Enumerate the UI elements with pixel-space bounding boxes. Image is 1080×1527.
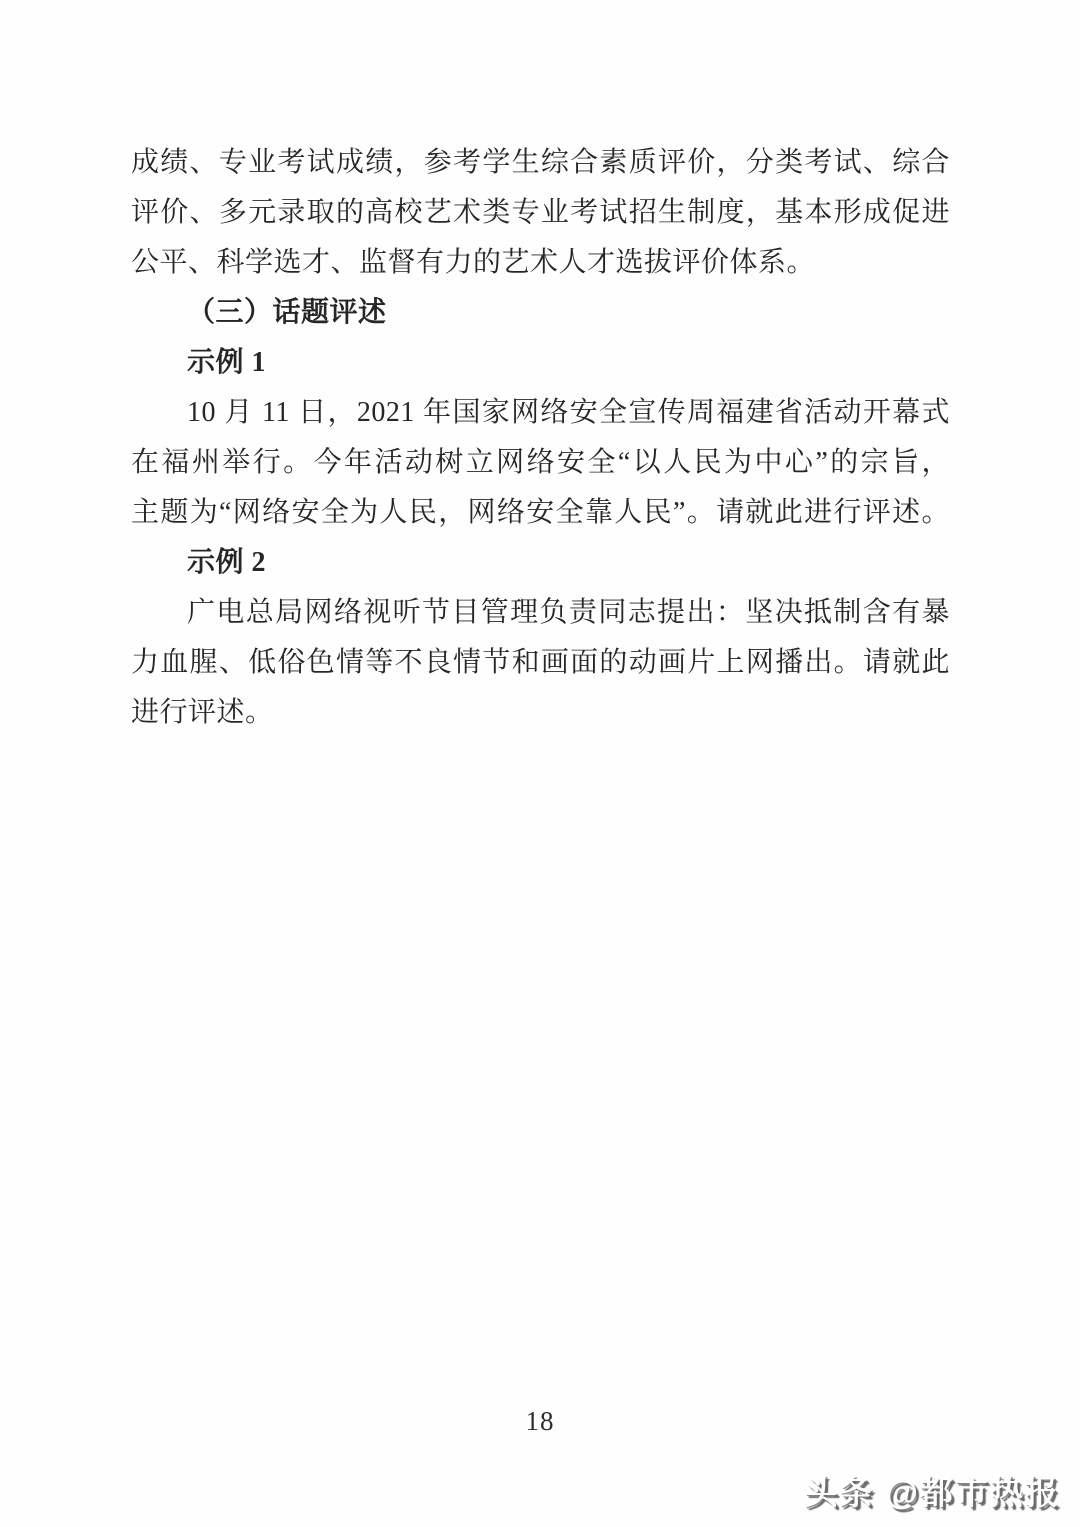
document-body: 成绩、专业考试成绩，参考学生综合素质评价，分类考试、综合 评价、多元录取的高校艺…: [131, 138, 950, 738]
example-1-paragraph-line: 在福州举行。今年活动树立网络安全“以人民为中心”的宗旨，: [131, 438, 950, 488]
paragraph-last-line: 公平、科学选才、监督有力的艺术人才选拔评价体系。: [131, 238, 950, 288]
page-number: 18: [0, 1406, 1080, 1437]
document-page: 成绩、专业考试成绩，参考学生综合素质评价，分类考试、综合 评价、多元录取的高校艺…: [0, 0, 1080, 1527]
example-2-heading: 示例 2: [131, 538, 950, 588]
paragraph-continuation-line: 评价、多元录取的高校艺术类专业考试招生制度，基本形成促进: [131, 188, 950, 238]
example-1-paragraph-line: 10 月 11 日，2021 年国家网络安全宣传周福建省活动开幕式: [131, 388, 950, 438]
example-1-paragraph-line: 主题为“网络安全为人民，网络安全靠人民”。请就此进行评述。: [131, 488, 950, 538]
section-heading: （三）话题评述: [131, 288, 950, 338]
example-2-paragraph-line: 力血腥、低俗色情等不良情节和画面的动画片上网播出。请就此: [131, 638, 950, 688]
example-1-heading: 示例 1: [131, 338, 950, 388]
toutiao-watermark: 头条 @都市热报: [805, 1467, 1060, 1514]
example-2-paragraph-line: 广电总局网络视听节目管理负责同志提出：坚决抵制含有暴: [131, 588, 950, 638]
paragraph-continuation-line: 成绩、专业考试成绩，参考学生综合素质评价，分类考试、综合: [131, 138, 950, 188]
example-2-paragraph-last-line: 进行评述。: [131, 688, 950, 738]
